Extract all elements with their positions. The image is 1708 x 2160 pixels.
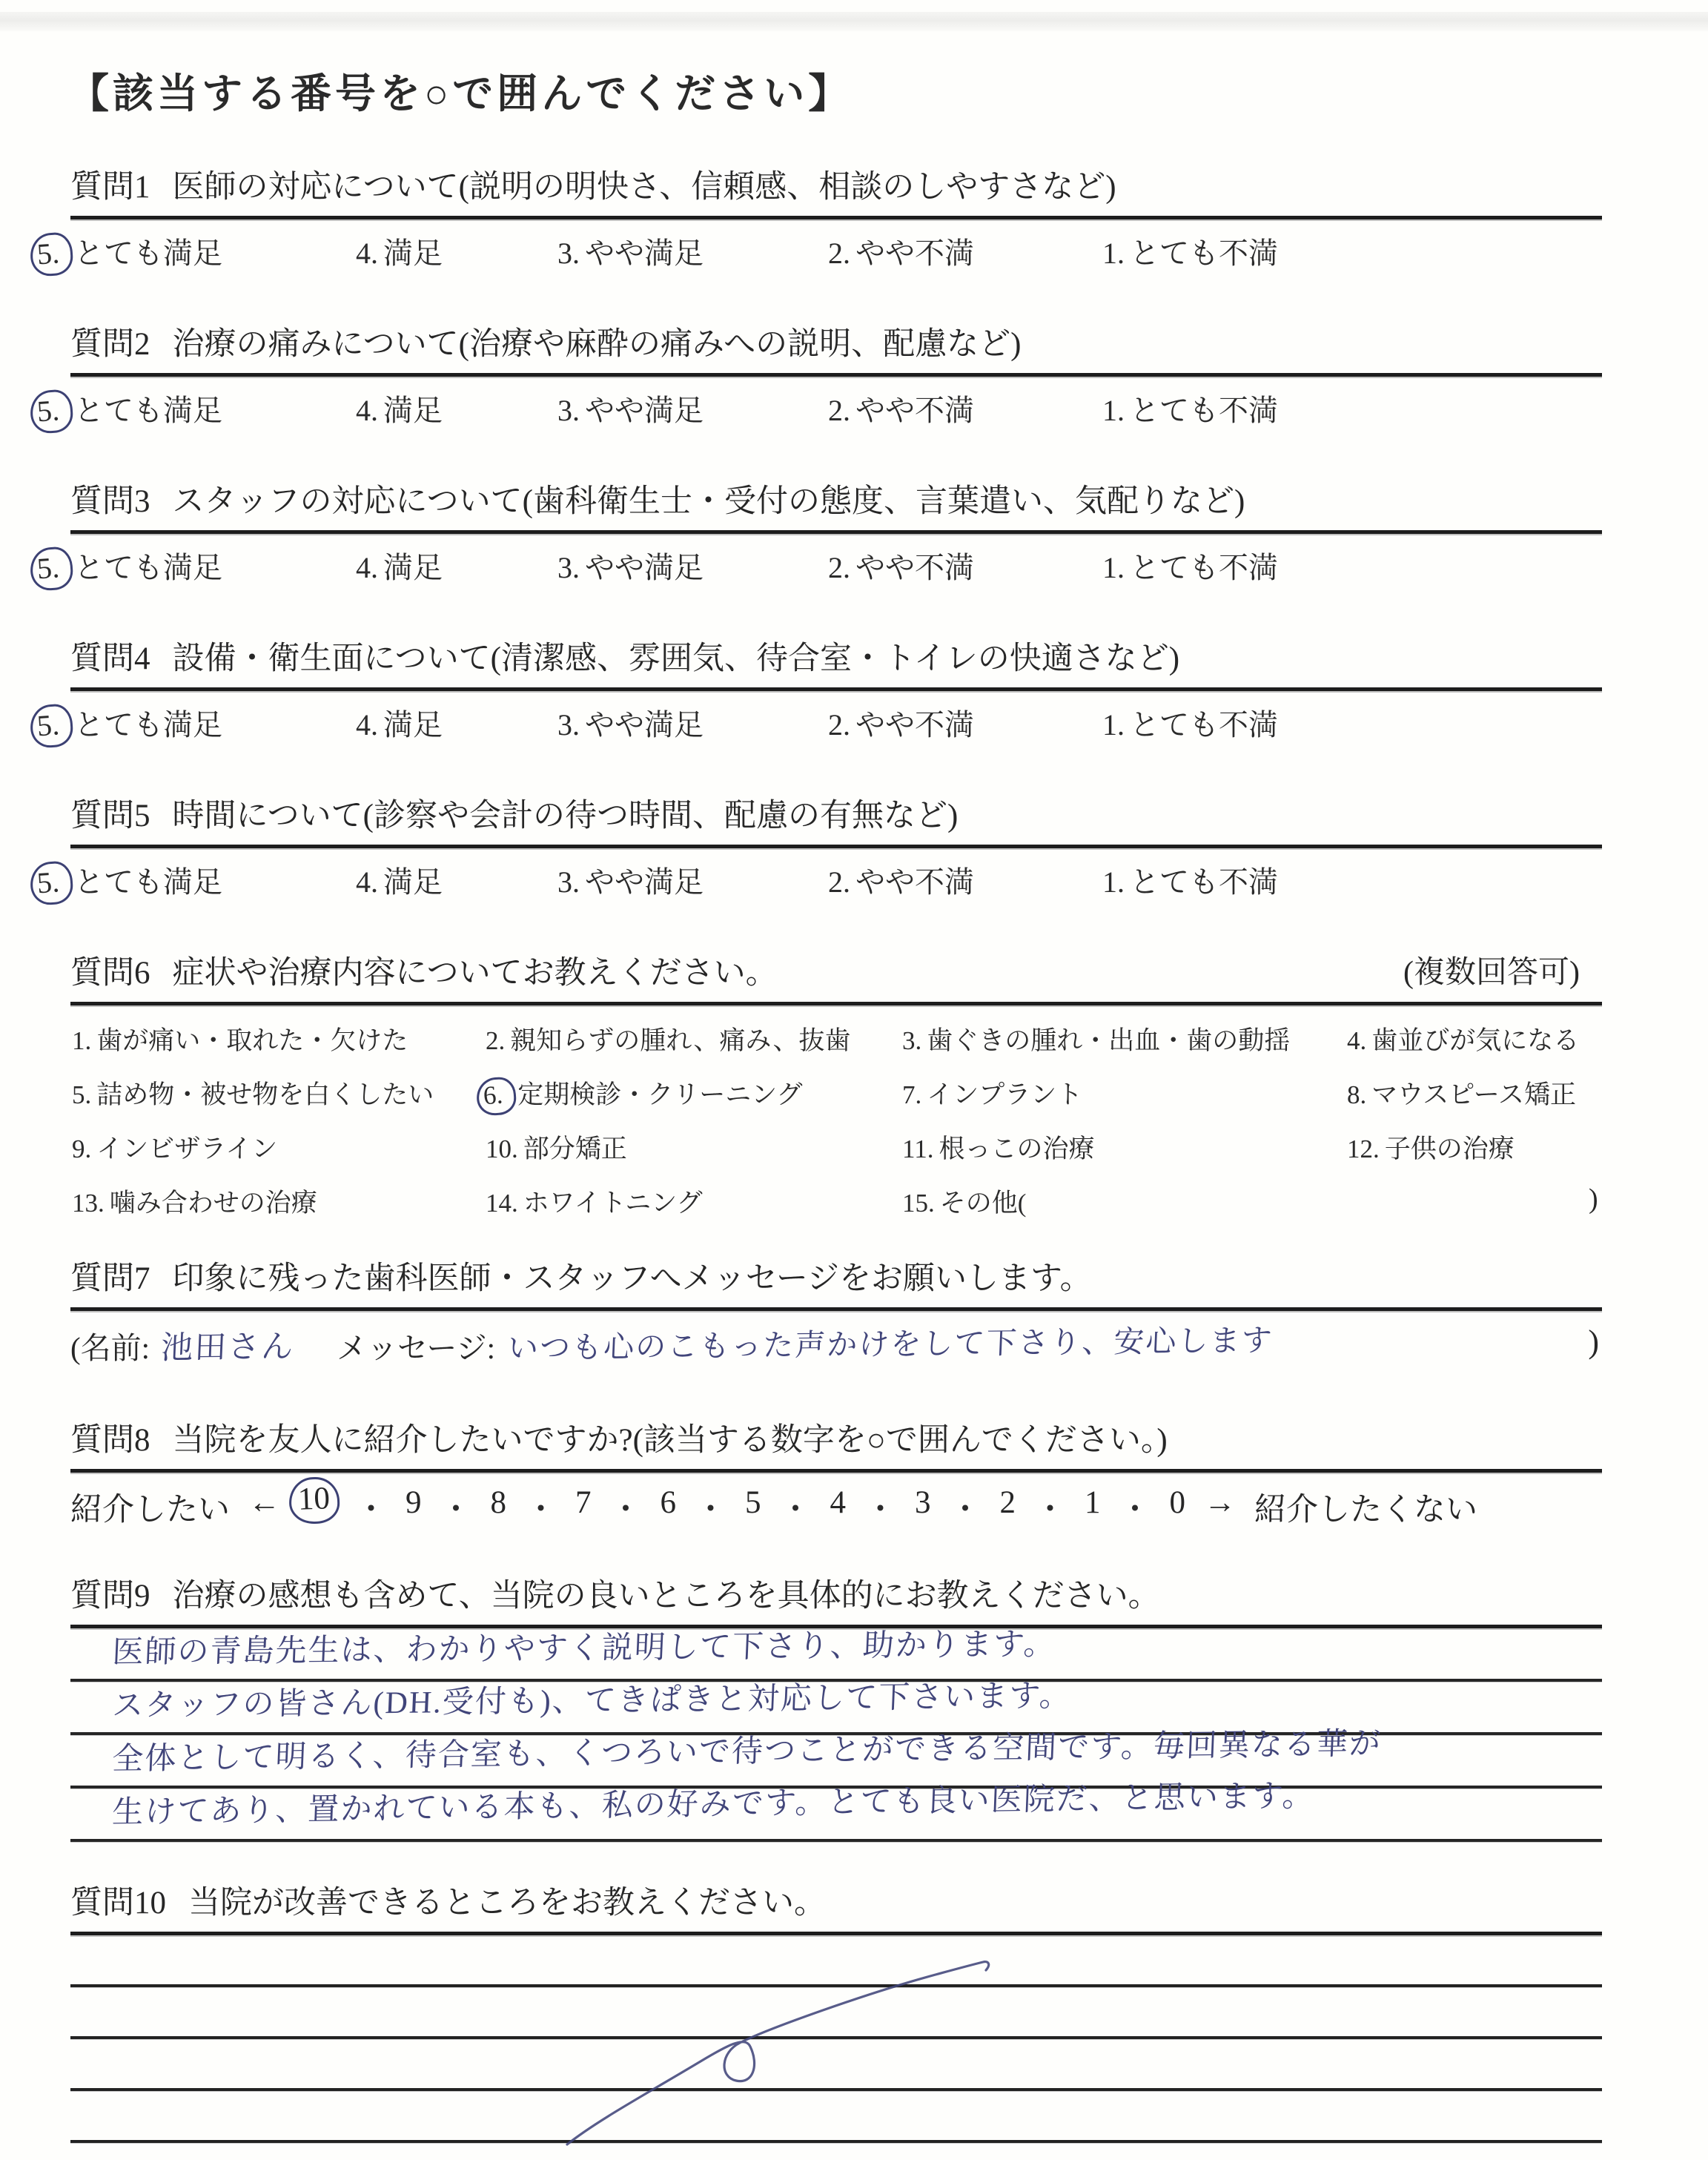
option-number: 3. (557, 237, 580, 270)
rating-option: 2.やや不満 (828, 859, 974, 901)
question-title: 質問1医師の対応について(説明の明快さ、信頼感、相談のしやすさなど) (70, 169, 1602, 207)
option-number: 1. (72, 1026, 91, 1055)
option-label: 根っこの治療 (939, 1135, 1094, 1163)
question-heading: 時間について(診察や会計の待つ時間、配慮の有無など) (173, 799, 959, 833)
option-number: 1. (1102, 237, 1125, 270)
question-heading: 当院を友人に紹介したいですか?(該当する数字を○で囲んでください。) (173, 1423, 1168, 1458)
scale-right-label: 紹介したくない (1254, 1484, 1477, 1530)
q6-option: 8.マウスピース矯正 (1347, 1074, 1576, 1112)
question-number: 質問9 (70, 1579, 150, 1614)
option-number: 5. (36, 550, 60, 585)
option-label: 歯並びが気になる (1371, 1026, 1579, 1055)
question-title: 質問8当院を友人に紹介したいですか?(該当する数字を○で囲んでください。) (70, 1422, 1602, 1460)
blank-answer-line (70, 1987, 1602, 2039)
rating-options-row: 5.とても満足4.満足3.やや満足2.やや不満1.とても不満 (70, 859, 1602, 902)
option-number: 15. (902, 1189, 935, 1218)
left-arrow-icon: ← (248, 1484, 280, 1521)
scan-edge-artifact (0, 12, 1708, 31)
divider-rule (70, 530, 1602, 534)
handwritten-text: 医師の青島先生は、わかりやすく説明して下さり、助かります。 (111, 1620, 1057, 1677)
scale-number: 3 (915, 1484, 931, 1521)
close-paren: ) (1588, 1323, 1599, 1361)
ink-circle-annotation: 6. (475, 1076, 517, 1117)
option-label: やや不満 (855, 708, 974, 742)
rating-option: 2.やや不満 (828, 387, 974, 429)
handwritten-text: スタッフの皆さん(DH.受付も)、てきぱきと対応して下さいます。 (111, 1671, 1073, 1731)
option-label: 歯が痛い・取れた・欠けた (96, 1026, 408, 1055)
option-label: やや不満 (855, 237, 974, 270)
dot-separator: ・ (1034, 1484, 1066, 1530)
option-number: 4. (356, 551, 378, 584)
option-label: とても不満 (1130, 237, 1278, 270)
ink-circle-annotation: 5. (29, 231, 74, 277)
blank-answer-line (70, 2039, 1602, 2091)
option-label: 満足 (383, 394, 443, 427)
option-label: やや満足 (585, 394, 704, 427)
option-number: 13. (72, 1189, 105, 1218)
option-number: 4. (356, 237, 378, 270)
option-label: マウスピース矯正 (1371, 1080, 1576, 1109)
question-number: 質問4 (70, 641, 150, 676)
recommend-scale-row: 紹介したい←10・9・8・7・6・5・4・3・2・1・0→紹介したくない (70, 1484, 1602, 1530)
option-label: とても不満 (1130, 394, 1278, 427)
scale-left-label: 紹介したい (70, 1484, 230, 1530)
rating-option: 2.やや不満 (828, 701, 974, 744)
q6-option: 7.インプラント (902, 1074, 1082, 1112)
option-label: 定期検診・クリーニング (517, 1080, 802, 1109)
rating-option: 1.とても不満 (1102, 387, 1278, 429)
ink-circle-annotation: 5. (29, 546, 74, 592)
question-heading: スタッフの対応について(歯科衛生士・受付の態度、言葉遣い、気配りなど) (173, 484, 1245, 519)
scale-number: 1 (1085, 1484, 1101, 1521)
q6-option: 10.部分矯正 (486, 1129, 627, 1166)
q6-option: 14.ホワイトニング (486, 1183, 703, 1220)
option-number: 5. (36, 865, 60, 899)
option-label: とても満足 (74, 865, 222, 899)
option-label: とても満足 (74, 394, 222, 427)
question-1: 質問1医師の対応について(説明の明快さ、信頼感、相談のしやすさなど)5.とても満… (70, 169, 1602, 273)
dot-separator: ・ (440, 1484, 472, 1530)
rating-option: 5.とても満足 (39, 701, 222, 744)
handwritten-message: いつも心のこもった声かけをして下さり、安心します (507, 1315, 1274, 1367)
option-number: 14. (486, 1189, 518, 1218)
question-heading: 印象に残った歯科医師・スタッフへメッセージをお願いします。 (173, 1261, 1092, 1296)
option-label: 満足 (383, 551, 443, 584)
option-number: 5. (72, 1080, 91, 1109)
option-number: 2. (828, 394, 850, 427)
rating-options-row: 5.とても満足4.満足3.やや満足2.やや不満1.とても不満 (70, 387, 1602, 430)
rating-option: 5.とても満足 (39, 387, 222, 429)
question-title: 質問6症状や治療内容についてお教えください。(複数回答可) (70, 955, 1602, 993)
rating-option: 3.やや満足 (557, 859, 704, 901)
divider-rule (70, 1307, 1602, 1311)
scale-number: 10 (297, 1481, 331, 1516)
option-label: 部分矯正 (523, 1135, 627, 1163)
question-7: 質問7印象に残った歯科医師・スタッフへメッセージをお願いします。(名前:池田さん… (70, 1261, 1602, 1381)
question-4: 質問4設備・衛生面について(清潔感、雰囲気、待合室・トイレの快適さなど)5.とて… (70, 641, 1602, 744)
handwritten-name: 池田さん (160, 1321, 296, 1368)
question-title: 質問2治療の痛みについて(治療や麻酔の痛みへの説明、配慮など) (70, 326, 1602, 364)
option-label: やや不満 (855, 551, 974, 584)
divider-rule (70, 216, 1602, 219)
other-close-paren: ) (1589, 1183, 1598, 1215)
option-label: ホワイトニング (523, 1189, 703, 1218)
survey-page: 【該当する番号を○で囲んでください】 質問1医師の対応について(説明の明快さ、信… (0, 0, 1708, 2160)
blank-answer-line (70, 2091, 1602, 2143)
option-label: とても満足 (74, 708, 222, 742)
option-number: 11. (902, 1135, 933, 1163)
question-10: 質問10当院が改善できるところをお教えください。 (70, 1885, 1602, 2143)
option-number: 5. (36, 236, 60, 271)
option-number: 1. (1102, 394, 1125, 427)
message-label: メッセージ: (337, 1331, 495, 1365)
scale-number: 6 (661, 1484, 677, 1521)
rating-option: 1.とても不満 (1102, 544, 1278, 587)
rating-option: 4.満足 (356, 701, 443, 744)
question-6: 質問6症状や治療内容についてお教えください。(複数回答可)1.歯が痛い・取れた・… (70, 955, 1602, 1221)
option-label: 噛み合わせの治療 (110, 1189, 317, 1218)
page-header: 【該当する番号を○で囲んでください】 (68, 61, 853, 119)
rating-option: 3.やや満足 (557, 701, 704, 744)
option-label: やや不満 (855, 865, 974, 899)
option-label: 満足 (383, 708, 443, 742)
symptom-options-grid: 1.歯が痛い・取れた・欠けた2.親知らずの腫れ、痛み、抜歯3.歯ぐきの腫れ・出血… (70, 1020, 1602, 1221)
rating-option: 2.やや不満 (828, 230, 974, 272)
question-8: 質問8当院を友人に紹介したいですか?(該当する数字を○で囲んでください。)紹介し… (70, 1422, 1602, 1530)
rating-option: 1.とても不満 (1102, 701, 1278, 744)
question-heading: 症状や治療内容についてお教えください。 (173, 956, 778, 991)
scale-number: 8 (491, 1484, 507, 1521)
option-number: 3. (902, 1026, 921, 1055)
divider-rule (70, 845, 1602, 848)
q6-option: 15.その他( (902, 1183, 1026, 1220)
rating-option: 3.やや満足 (557, 230, 704, 272)
question-3: 質問3スタッフの対応について(歯科衛生士・受付の態度、言葉遣い、気配りなど)5.… (70, 483, 1602, 587)
dot-separator: ・ (610, 1484, 642, 1530)
scale-number: 7 (575, 1484, 592, 1521)
scale-number: 4 (830, 1484, 847, 1521)
option-label: その他( (940, 1189, 1027, 1218)
q6-option: 5.詰め物・被せ物を白くしたい (72, 1074, 434, 1112)
answer-line: 生けてあり、置かれている本も、私の好みです。とても良い医院だ、と思います。 (70, 1789, 1602, 1842)
question-title: 質問4設備・衛生面について(清潔感、雰囲気、待合室・トイレの快適さなど) (70, 641, 1602, 678)
option-number: 2. (828, 237, 850, 270)
option-number: 4. (356, 394, 378, 427)
q6-option: 6.定期検診・クリーニング (486, 1074, 803, 1112)
option-number: 12. (1347, 1135, 1380, 1163)
ink-circle-annotation: 5. (29, 703, 74, 749)
option-number: 3. (557, 394, 580, 427)
option-label: とても満足 (74, 551, 222, 584)
right-arrow-icon: → (1204, 1484, 1236, 1521)
question-number: 質問2 (70, 327, 150, 362)
rating-option: 5.とても満足 (39, 859, 222, 901)
question-number: 質問3 (70, 484, 150, 519)
rating-options-row: 5.とても満足4.満足3.やや満足2.やや不満1.とても不満 (70, 230, 1602, 273)
rating-option: 4.満足 (356, 544, 443, 587)
rating-option: 3.やや満足 (557, 544, 704, 587)
scale-number: 2 (1000, 1484, 1016, 1521)
option-label: 詰め物・被せ物を白くしたい (96, 1080, 434, 1109)
option-number: 6. (483, 1080, 504, 1110)
option-number: 2. (486, 1026, 505, 1055)
q6-option: 11.根っこの治療 (902, 1129, 1094, 1166)
question-number: 質問10 (70, 1886, 166, 1920)
rating-options-row: 5.とても満足4.満足3.やや満足2.やや不満1.とても不満 (70, 544, 1602, 587)
option-number: 3. (557, 708, 580, 742)
question-title: 質問9治療の感想も含めて、当院の良いところを具体的にお教えください。 (70, 1578, 1602, 1616)
option-number: 1. (1102, 708, 1125, 742)
option-label: やや満足 (585, 237, 704, 270)
question-2: 質問2治療の痛みについて(治療や麻酔の痛みへの説明、配慮など)5.とても満足4.… (70, 326, 1602, 430)
divider-rule (70, 1469, 1602, 1473)
rating-option: 4.満足 (356, 387, 443, 429)
message-answer-row: (名前:池田さんメッセージ:いつも心のこもった声かけをして下さり、安心します) (70, 1323, 1602, 1381)
question-heading: 治療の感想も含めて、当院の良いところを具体的にお教えください。 (173, 1579, 1160, 1614)
dot-separator: ・ (1119, 1484, 1151, 1530)
dot-separator: ・ (355, 1484, 387, 1530)
dot-separator: ・ (525, 1484, 557, 1530)
q6-option: 2.親知らずの腫れ、痛み、抜歯 (486, 1020, 850, 1057)
question-number: 質問8 (70, 1423, 150, 1458)
option-number: 2. (828, 551, 850, 584)
dot-separator: ・ (864, 1484, 896, 1530)
option-label: とても不満 (1130, 708, 1278, 742)
dot-separator: ・ (950, 1484, 982, 1530)
scale-number: 0 (1170, 1484, 1186, 1521)
option-label: インプラント (927, 1080, 1082, 1109)
rating-options-row: 5.とても満足4.満足3.やや満足2.やや不満1.とても不満 (70, 701, 1602, 744)
option-label: 親知らずの腫れ、痛み、抜歯 (510, 1026, 850, 1055)
option-label: 満足 (383, 237, 443, 270)
name-label: (名前: (70, 1331, 150, 1365)
question-heading: 設備・衛生面について(清潔感、雰囲気、待合室・トイレの快適さなど) (173, 641, 1180, 676)
question-heading: 当院が改善できるところをお教えください。 (188, 1886, 826, 1920)
rating-option: 2.やや不満 (828, 544, 974, 587)
question-title: 質問10当院が改善できるところをお教えください。 (70, 1885, 1602, 1923)
question-number: 質問5 (70, 799, 150, 833)
ink-circle-annotation: 5. (29, 389, 74, 435)
option-number: 3. (557, 865, 580, 899)
option-label: 子供の治療 (1385, 1135, 1515, 1163)
blank-answer-line (70, 1935, 1602, 1987)
option-number: 3. (557, 551, 580, 584)
dot-separator: ・ (695, 1484, 726, 1530)
option-label: やや満足 (585, 865, 704, 899)
option-number: 2. (828, 708, 850, 742)
q6-option: 3.歯ぐきの腫れ・出血・歯の動揺 (902, 1020, 1290, 1057)
scale-number: 9 (406, 1484, 422, 1521)
rating-option: 4.満足 (356, 859, 443, 901)
question-title: 質問7印象に残った歯科医師・スタッフへメッセージをお願いします。 (70, 1261, 1602, 1298)
option-label: インビザライン (96, 1135, 277, 1163)
question-number: 質問6 (70, 956, 150, 991)
rating-option: 1.とても不満 (1102, 859, 1278, 901)
option-number: 1. (1102, 551, 1125, 584)
question-number: 質問1 (70, 170, 150, 205)
divider-rule (70, 687, 1602, 691)
q6-option: 9.インビザライン (72, 1129, 277, 1166)
option-number: 2. (828, 865, 850, 899)
rating-option: 1.とても不満 (1102, 230, 1278, 272)
option-number: 4. (356, 708, 378, 742)
option-number: 4. (1347, 1026, 1366, 1055)
q6-option: 1.歯が痛い・取れた・欠けた (72, 1020, 408, 1057)
option-label: やや不満 (855, 394, 974, 427)
option-number: 8. (1347, 1080, 1366, 1109)
q6-option: 12.子供の治療 (1347, 1129, 1515, 1166)
option-number: 7. (902, 1080, 921, 1109)
multiple-answers-note: (複数回答可) (1403, 955, 1580, 992)
ink-circle-annotation: 10 (288, 1476, 340, 1525)
rating-option: 3.やや満足 (557, 387, 704, 429)
option-number: 1. (1102, 865, 1125, 899)
option-label: 満足 (383, 865, 443, 899)
divider-rule (70, 373, 1602, 377)
question-title: 質問3スタッフの対応について(歯科衛生士・受付の態度、言葉遣い、気配りなど) (70, 483, 1602, 521)
rating-option: 4.満足 (356, 230, 443, 272)
question-heading: 治療の痛みについて(治療や麻酔の痛みへの説明、配慮など) (173, 327, 1022, 362)
option-label: とても不満 (1130, 551, 1278, 584)
option-number: 4. (356, 865, 378, 899)
option-label: とても不満 (1130, 865, 1278, 899)
option-label: とても満足 (74, 237, 222, 270)
q6-option: 13.噛み合わせの治療 (72, 1183, 317, 1220)
question-number: 質問7 (70, 1261, 150, 1296)
question-title: 質問5時間について(診察や会計の待つ時間、配慮の有無など) (70, 798, 1602, 836)
option-number: 5. (36, 707, 60, 742)
divider-rule (70, 1002, 1602, 1005)
option-label: やや満足 (585, 551, 704, 584)
q6-option: 4.歯並びが気になる (1347, 1020, 1579, 1057)
rating-option: 5.とても満足 (39, 230, 222, 272)
ink-circle-annotation: 5. (29, 860, 74, 906)
option-number: 9. (72, 1135, 91, 1163)
option-number: 10. (486, 1135, 518, 1163)
option-number: 5. (36, 393, 60, 428)
rating-option: 5.とても満足 (39, 544, 222, 587)
option-label: 歯ぐきの腫れ・出血・歯の動揺 (927, 1026, 1290, 1055)
question-heading: 医師の対応について(説明の明快さ、信頼感、相談のしやすさなど) (173, 170, 1116, 205)
question-9: 質問9治療の感想も含めて、当院の良いところを具体的にお教えください。医師の青島先… (70, 1578, 1602, 1842)
option-label: やや満足 (585, 708, 704, 742)
scale-number: 5 (745, 1484, 761, 1521)
question-5: 質問5時間について(診察や会計の待つ時間、配慮の有無など)5.とても満足4.満足… (70, 798, 1602, 902)
dot-separator: ・ (780, 1484, 812, 1530)
